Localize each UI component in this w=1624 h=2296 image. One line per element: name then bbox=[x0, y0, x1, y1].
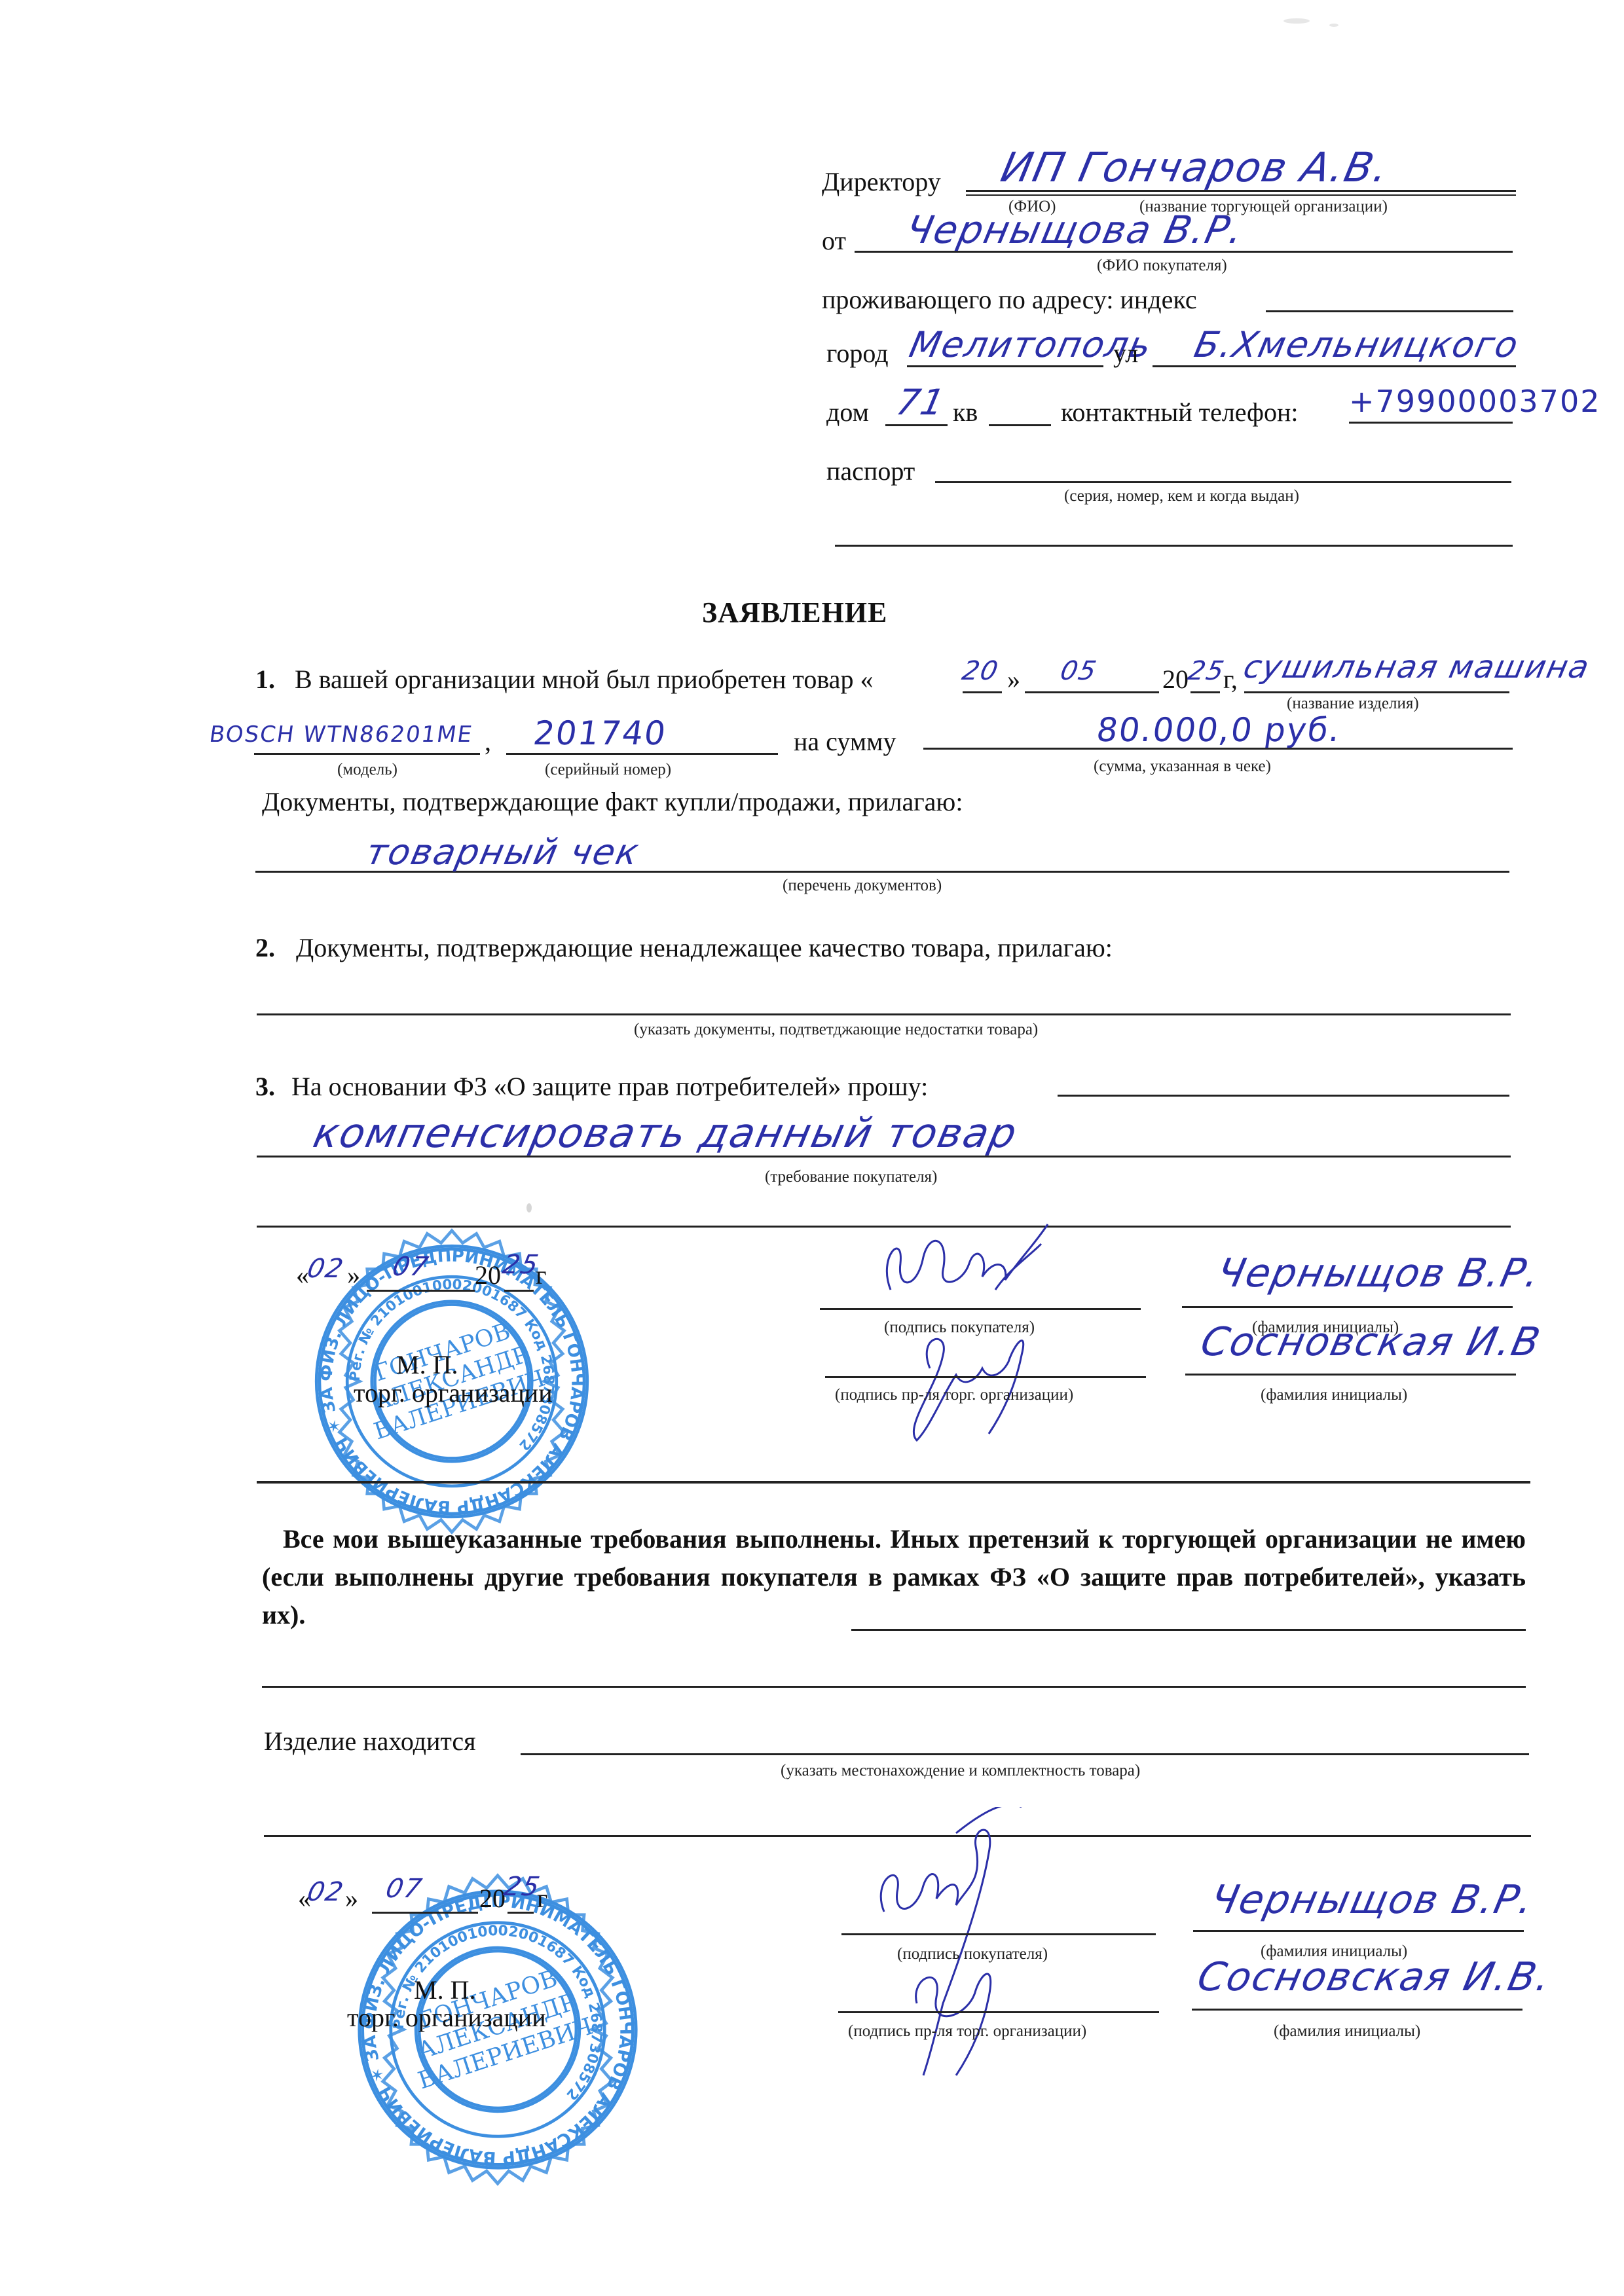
seller-name-2-field[interactable]: Сосновская И.В. bbox=[1194, 1958, 1555, 1997]
seller-signature-2-line bbox=[838, 2011, 1159, 2013]
city-label: город bbox=[826, 340, 889, 367]
passport-field[interactable] bbox=[935, 481, 1511, 483]
model-caption: (модель) bbox=[337, 761, 397, 778]
model-serial-comma: , bbox=[485, 729, 491, 755]
purchase-month-line bbox=[1025, 691, 1159, 693]
sum-field[interactable]: 80.000,0 руб. bbox=[1094, 714, 1343, 746]
passport-caption: (серия, номер, кем и когда выдан) bbox=[1064, 488, 1299, 504]
buyer-name-2-field[interactable]: Черныщов В.Р. bbox=[1208, 1880, 1538, 1920]
passport-label: паспорт bbox=[826, 458, 915, 484]
stamp-place-sub-2: торг. организации bbox=[347, 2005, 546, 2031]
sum-label: на сумму bbox=[794, 729, 896, 755]
purchase-day-field[interactable]: 20 bbox=[960, 658, 1001, 684]
street-field-line bbox=[1153, 365, 1516, 367]
scan-smudge bbox=[526, 1203, 532, 1212]
date-2-month-line bbox=[372, 1912, 478, 1914]
serial-field[interactable]: 201740 bbox=[531, 717, 669, 750]
request-caption: (требование покупателя) bbox=[765, 1169, 937, 1185]
date-1-year-prefix: 20 bbox=[475, 1262, 501, 1288]
purchase-day-line bbox=[963, 691, 1002, 693]
seller-name-1-caption: (фамилия инициалы) bbox=[1261, 1387, 1407, 1403]
house-field[interactable]: 71 bbox=[893, 385, 948, 420]
purchase-docs-label: Документы, подтверждающие факт купли/про… bbox=[262, 789, 963, 815]
phone-field-line bbox=[1349, 422, 1513, 424]
date-2-day-field[interactable]: 02 bbox=[305, 1879, 346, 1905]
date-2-year-suffix: г bbox=[537, 1886, 547, 1912]
street-field[interactable]: Б.Хмельницкого bbox=[1191, 327, 1522, 363]
stamp-place-label-1: М. П. bbox=[396, 1352, 458, 1378]
section-separator bbox=[257, 1481, 1530, 1484]
apt-field[interactable] bbox=[989, 424, 1051, 426]
director-label: Директору bbox=[822, 169, 941, 195]
sum-caption: (сумма, указанная в чеке) bbox=[1094, 758, 1271, 774]
seller-name-1-field[interactable]: Сосновская И.В bbox=[1198, 1322, 1545, 1362]
model-field[interactable]: BOSCH WTN86201ME bbox=[208, 723, 475, 746]
seller-signature-1-caption: (подпись пр-ля торг. организации) bbox=[835, 1387, 1073, 1403]
item-location-field[interactable] bbox=[521, 1753, 1529, 1755]
serial-line bbox=[506, 753, 778, 755]
date-2-year-line bbox=[507, 1912, 534, 1914]
defect-docs-field[interactable] bbox=[257, 1013, 1511, 1015]
address-index-field[interactable] bbox=[1266, 310, 1513, 312]
buyer-signature-2-caption: (подпись покупателя) bbox=[897, 1946, 1048, 1962]
model-line bbox=[254, 753, 480, 755]
passport-field-line-2[interactable] bbox=[835, 545, 1513, 547]
buyer-signature-2-line bbox=[841, 1933, 1156, 1935]
from-field[interactable]: Черныщова В.Р. bbox=[903, 211, 1247, 249]
date-1-month-field[interactable]: 07 bbox=[390, 1254, 432, 1280]
street-label: ул bbox=[1113, 340, 1138, 367]
date-2-close: » bbox=[345, 1886, 358, 1912]
house-label: дом bbox=[826, 399, 869, 426]
section-3-number: 3. bbox=[255, 1074, 275, 1100]
buyer-name-1-line bbox=[1182, 1306, 1513, 1308]
buyer-signature-2[interactable] bbox=[858, 1807, 1139, 2082]
seller-signature-2-caption: (подпись пр-ля торг. организации) bbox=[848, 2023, 1086, 2039]
serial-caption: (серийный номер) bbox=[545, 761, 671, 778]
item-location-label: Изделие находится bbox=[264, 1728, 476, 1755]
resolution-text: Все мои вышеуказанные требования выполне… bbox=[262, 1520, 1526, 1634]
stamp-place-label-2: М. П. bbox=[414, 1977, 475, 2003]
purchase-year-field[interactable]: 25 bbox=[1186, 658, 1227, 684]
product-name-line bbox=[1244, 691, 1509, 693]
section-3-text: На основании ФЗ «О защите прав потребите… bbox=[291, 1074, 928, 1100]
date-1-day-field[interactable]: 02 bbox=[305, 1256, 346, 1282]
apt-label: кв bbox=[953, 399, 978, 426]
from-label: от bbox=[822, 228, 846, 254]
phone-field[interactable]: +79900003702 bbox=[1349, 386, 1600, 416]
buyer-name-1-field[interactable]: Черныщов В.Р. bbox=[1214, 1254, 1545, 1293]
request-field[interactable]: компенсировать данный товар bbox=[310, 1113, 1021, 1154]
purchase-year-line bbox=[1190, 691, 1220, 693]
from-caption: (ФИО покупателя) bbox=[1097, 257, 1227, 274]
address-label: проживающего по адресу: индекс bbox=[822, 287, 1197, 313]
resolution-field-line-2[interactable] bbox=[262, 1686, 1526, 1688]
house-field-line bbox=[885, 424, 948, 426]
request-line-1[interactable] bbox=[1058, 1095, 1509, 1097]
section-2-text: Документы, подтверждающие ненадлежащее к… bbox=[296, 935, 1113, 961]
director-field-line-2 bbox=[966, 194, 1516, 196]
date-1-month-line bbox=[367, 1290, 475, 1292]
date-1-year-line bbox=[504, 1290, 534, 1292]
date-1-year-suffix: г bbox=[536, 1262, 546, 1288]
seller-name-1-line bbox=[1185, 1374, 1516, 1376]
document-title: ЗАЯВЛЕНИЕ bbox=[702, 596, 887, 629]
purchase-docs-field[interactable]: товарный чек bbox=[363, 835, 642, 870]
city-field-line bbox=[907, 365, 1103, 367]
year-suffix: г, bbox=[1223, 666, 1238, 693]
defect-docs-caption: (указать документы, подтветджающие недос… bbox=[634, 1021, 1038, 1038]
stamp-place-sub-1: торг. организации bbox=[354, 1380, 553, 1406]
scan-artifact bbox=[1329, 24, 1338, 27]
section-2-number: 2. bbox=[255, 935, 275, 961]
quote-close: » bbox=[1007, 666, 1020, 693]
product-name-field[interactable]: сушильная машина bbox=[1241, 651, 1593, 683]
buyer-signature-1[interactable] bbox=[864, 1218, 1100, 1309]
director-field[interactable]: ИП Гончаров А.В. bbox=[997, 147, 1392, 188]
buyer-signature-1-line bbox=[820, 1308, 1141, 1310]
seller-name-2-caption: (фамилия инициалы) bbox=[1274, 2023, 1420, 2039]
item-location-caption: (указать местонахождение и комплектность… bbox=[781, 1762, 1140, 1779]
scan-artifact bbox=[1283, 18, 1310, 24]
date-1-close: » bbox=[347, 1262, 360, 1288]
resolution-field-line-1[interactable] bbox=[851, 1629, 1526, 1631]
buyer-name-2-line bbox=[1193, 1930, 1524, 1932]
section-1-number: 1. bbox=[255, 666, 275, 693]
purchase-docs-caption: (перечень документов) bbox=[783, 877, 942, 894]
year-prefix: 20 bbox=[1162, 666, 1189, 693]
product-name-caption: (название изделия) bbox=[1287, 695, 1419, 712]
date-2-month-field[interactable]: 07 bbox=[384, 1876, 425, 1902]
seller-signature-1-line bbox=[825, 1376, 1146, 1378]
seller-signature-1[interactable] bbox=[877, 1316, 1061, 1447]
seller-name-2-line bbox=[1192, 2009, 1522, 2011]
purchase-month-field[interactable]: 05 bbox=[1058, 658, 1099, 684]
section-1-text: В вашей организации мной был приобретен … bbox=[295, 666, 873, 693]
phone-label: контактный телефон: bbox=[1061, 399, 1298, 426]
